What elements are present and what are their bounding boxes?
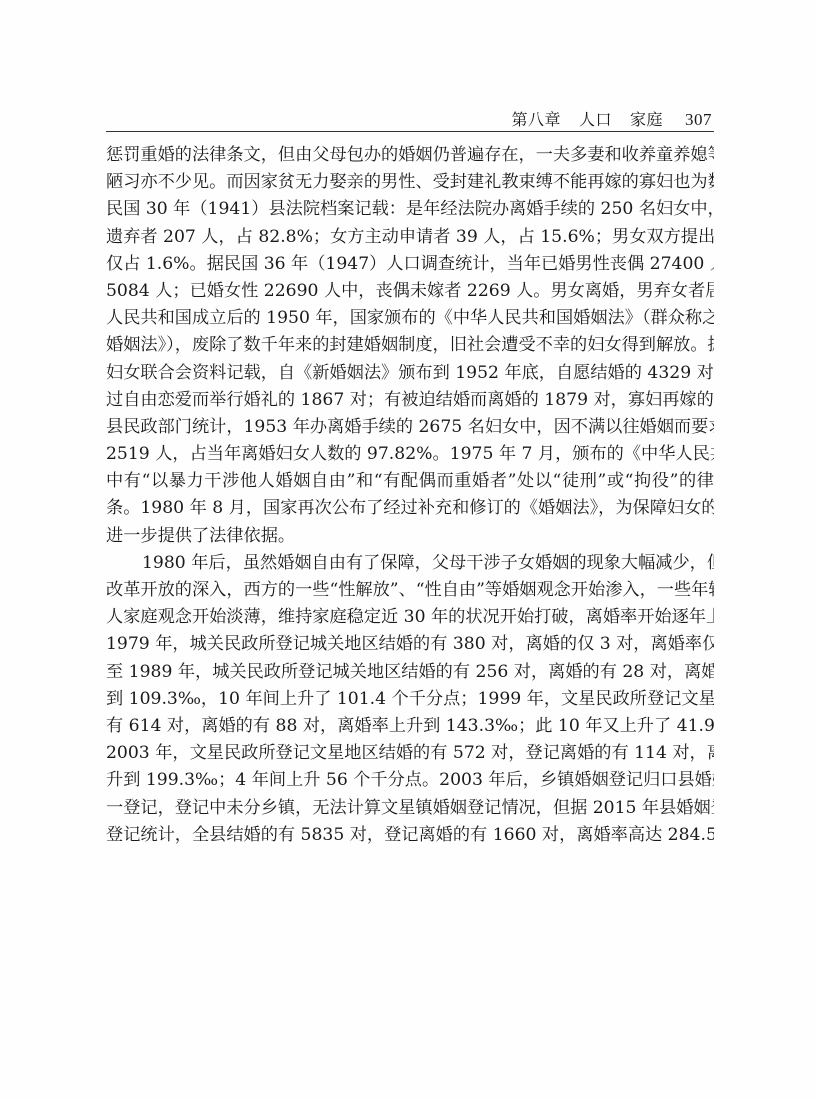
book-page: 第八章人口家庭307 惩罚重婚的法律条文，但由父母包办的婚姻仍普遍存在，一夫多妻… [0,0,816,1099]
text-line: 陋习亦不少见。而因家贫无力娶亲的男性、受封建礼教束缚不能再嫁的寡妇也为数不少。 [106,169,714,196]
text-line: 中有“以暴力干涉他人婚姻自由”和“有配偶而重婚者”处以“徒刑”或“拘役”的律 [106,468,714,495]
text-line: 人民共和国成立后的 1950 年，国家颁布的《中华人民共和国婚姻法》（群众称之为… [106,305,714,332]
paragraph-2: 1980 年后，虽然婚姻自由有了保障，父母干涉子女婚姻的现象大幅减少，但随着 改… [106,550,714,849]
page-number: 307 [685,110,712,130]
text-line: 民国 30 年（1941）县法院档案记载：是年经法院办离婚手续的 250 名妇女… [106,196,714,223]
text-line: 遗弃者 207 人，占 82.8%；女方主动申请者 39 人，占 15.6%；男… [106,224,714,251]
running-head: 第八章人口家庭307 [106,107,712,131]
header-rule-divider [106,131,714,132]
body-text: 惩罚重婚的法律条文，但由父母包办的婚姻仍普遍存在，一夫多妻和收养童养媳等社会 陋… [106,142,714,849]
text-line: 改革开放的深入，西方的一些“性解放”、“性自由”等婚姻观念开始渗入，一些年轻 [106,577,714,604]
text-line: 升到 199.3‰；4 年间上升 56 个千分点。2003 年后，乡镇婚姻登记归… [106,767,714,794]
text-line: 5084 人；已婚女性 22690 人中，丧偶未嫁者 2269 人。男女离婚，男… [106,278,714,305]
text-line: 妇女联合会资料记载，自《新婚姻法》颁布到 1952 年底，自愿结婚的 4329 … [106,360,714,387]
text-line: 有 614 对，离婚的有 88 对，离婚率上升到 143.3‰；此 10 年又上… [106,713,714,740]
text-line: 条。1980 年 8 月，国家再次公布了经过补充和修订的《婚姻法》，为保障妇女的… [106,495,714,522]
text-line: 县民政部门统计，1953 年办离婚手续的 2675 名妇女中，因不满以往婚姻而要… [106,414,714,441]
text-line: 至 1989 年，城关民政所登记城关地区结婚的有 256 对，离婚的有 28 对… [106,659,714,686]
text-line: 到 109.3‰，10 年间上升了 101.4 个千分点；1999 年，文星民政… [106,686,714,713]
text-line: 一登记，登记中未分乡镇，无法计算文星镇婚姻登记情况，但据 2015 年县婚姻登记… [106,795,714,822]
text-line: 仅占 1.6%。据民国 36 年（1947）人口调查统计，当年已婚男性丧偶 27… [106,251,714,278]
text-line: 登记统计，全县结婚的有 5835 对，登记离婚的有 1660 对，离婚率高达 2… [106,822,714,849]
running-head-chapter: 第八章 [511,107,561,130]
text-line: 婚姻法》），废除了数千年来的封建婚姻制度，旧社会遭受不幸的妇女得到解放。据县 [106,332,714,359]
text-line: 进一步提供了法律依据。 [106,523,714,550]
text-line: 1980 年后，虽然婚姻自由有了保障，父母干涉子女婚姻的现象大幅减少，但随着 [106,550,714,577]
text-line: 1979 年，城关民政所登记城关地区结婚的有 380 对，离婚的仅 3 对，离婚… [106,631,714,658]
paragraph-1: 惩罚重婚的法律条文，但由父母包办的婚姻仍普遍存在，一夫多妻和收养童养媳等社会 陋… [106,142,714,550]
text-line: 过自由恋爱而举行婚礼的 1867 对；有被迫结婚而离婚的 1879 对，寡妇再嫁… [106,387,714,414]
text-line: 2003 年，文星民政所登记文星地区结婚的有 572 对，登记离婚的有 114 … [106,740,714,767]
text-line: 人家庭观念开始淡薄，维持家庭稳定近 30 年的状况开始打破，离婚率开始逐年上升。 [106,604,714,631]
text-line: 2519 人，占当年离婚妇女人数的 97.82%。1975 年 7 月，颁布的《… [106,441,714,468]
running-head-section: 人口 [579,107,612,130]
running-head-subsection: 家庭 [630,107,663,130]
text-line: 惩罚重婚的法律条文，但由父母包办的婚姻仍普遍存在，一夫多妻和收养童养媳等社会 [106,142,714,169]
